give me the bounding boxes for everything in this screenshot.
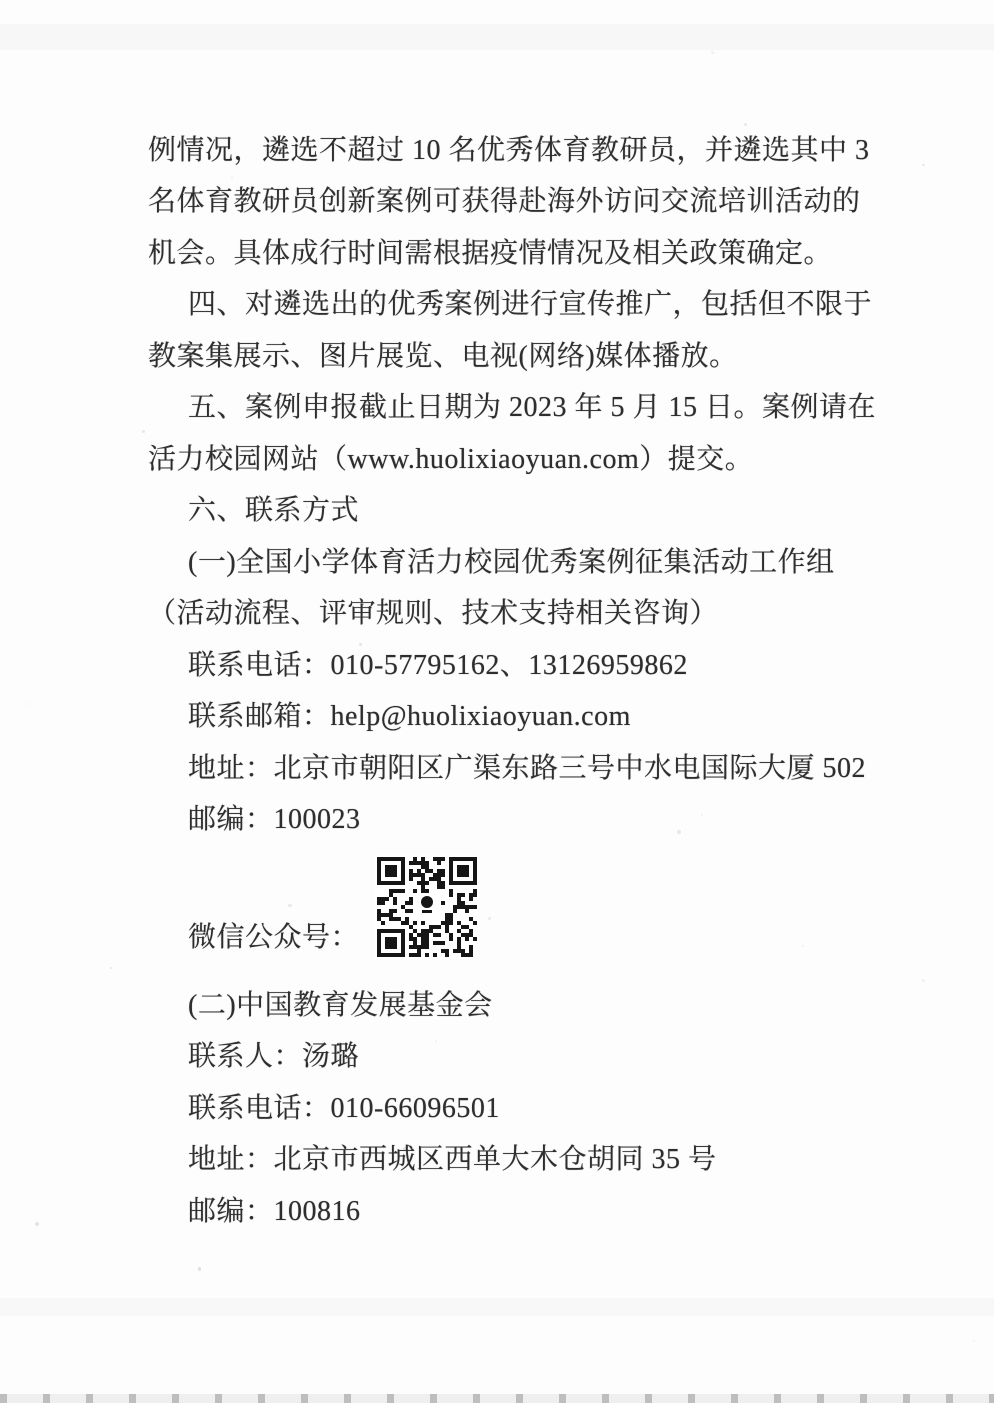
text-line: 联系电话：010-66096501 <box>148 1080 888 1132</box>
text-line: （活动流程、评审规则、技术支持相关咨询） <box>148 586 888 638</box>
scan-noise-speck <box>35 1222 39 1226</box>
paragraph-block-top: 例情况，遴选不超过 10 名优秀体育教研员，并遴选其中 3名体育教研员创新案例可… <box>148 122 888 843</box>
scan-noise-speck <box>435 1040 438 1043</box>
scan-noise-speck <box>142 430 145 433</box>
scan-bottom-edge <box>0 1394 994 1403</box>
text-line: (二)中国教育发展基金会 <box>148 977 888 1029</box>
wechat-qr-code-icon <box>375 855 479 959</box>
scan-noise-speck <box>198 1267 202 1271</box>
scan-artifact-band <box>0 1298 994 1316</box>
scan-noise-speck <box>711 51 714 54</box>
text-line: 地址：北京市朝阳区广渠东路三号中水电国际大厦 502 <box>148 740 888 792</box>
scan-noise-speck <box>701 814 703 816</box>
paragraph-block-bottom: (二)中国教育发展基金会联系人：汤璐联系电话：010-66096501地址：北京… <box>148 977 888 1235</box>
scan-noise-speck <box>26 703 28 705</box>
scan-noise-speck <box>288 904 292 908</box>
document-body: 例情况，遴选不超过 10 名优秀体育教研员，并遴选其中 3名体育教研员创新案例可… <box>148 122 888 1235</box>
text-line: 名体育教研员创新案例可获得赴海外访问交流培训活动的 <box>148 174 888 226</box>
text-line: 地址：北京市西城区西单大木仓胡同 35 号 <box>148 1132 888 1184</box>
text-line: 六、联系方式 <box>148 483 888 535</box>
scan-noise-speck <box>802 945 804 947</box>
text-line: 邮编：100023 <box>148 792 888 844</box>
document-page: 例情况，遴选不超过 10 名优秀体育教研员，并遴选其中 3名体育教研员创新案例可… <box>0 0 994 1403</box>
scan-noise-speck <box>403 1147 406 1150</box>
scan-noise-speck <box>445 722 448 725</box>
text-line: 例情况，遴选不超过 10 名优秀体育教研员，并遴选其中 3 <box>148 122 888 174</box>
scan-noise-speck <box>677 830 681 834</box>
text-line: 活力校园网站（www.huolixiaoyuan.com）提交。 <box>148 431 888 483</box>
text-line: 教案集展示、图片展览、电视(网络)媒体播放。 <box>148 328 888 380</box>
scan-noise-speck <box>922 979 925 982</box>
text-line: 四、对遴选出的优秀案例进行宣传推广，包括但不限于 <box>148 277 888 329</box>
text-line: 联系邮箱：help@huolixiaoyuan.com <box>148 689 888 741</box>
text-line: 联系人：汤璐 <box>148 1029 888 1081</box>
text-line: (一)全国小学体育活力校园优秀案例征集活动工作组 <box>148 534 888 586</box>
scan-noise-speck <box>489 1109 491 1111</box>
scan-artifact-band <box>0 24 994 50</box>
wechat-account-row: 微信公众号： <box>148 855 888 961</box>
scan-noise-speck <box>110 967 112 969</box>
wechat-account-label: 微信公众号： <box>148 910 359 962</box>
scan-noise-speck <box>379 409 381 411</box>
text-line: 机会。具体成行时间需根据疫情情况及相关政策确定。 <box>148 225 888 277</box>
scan-noise-speck <box>922 164 924 166</box>
scan-noise-speck <box>306 506 308 508</box>
text-line: 联系电话：010-57795162、13126959862 <box>148 637 888 689</box>
scan-noise-speck <box>973 1340 975 1342</box>
text-line: 五、案例申报截止日期为 2023 年 5 月 15 日。案例请在 <box>148 380 888 432</box>
text-line: 邮编：100816 <box>148 1183 888 1235</box>
